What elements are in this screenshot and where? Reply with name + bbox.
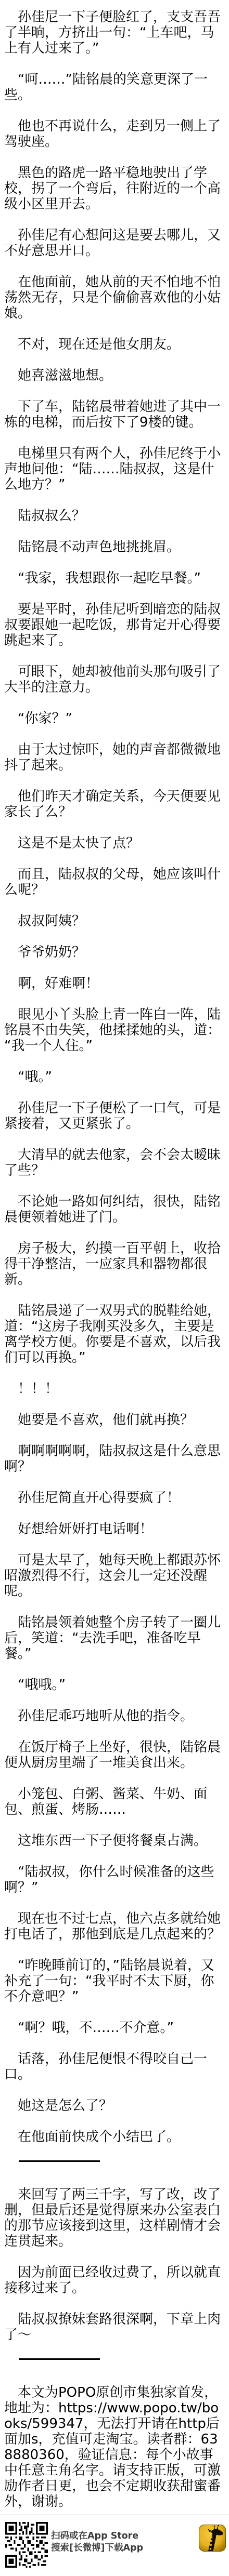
story-paragraph: 黑色的路虎一路平稳地驶出了学校，拐了一个弯后，往附近的一个高级小区里开去。 [4,165,225,212]
story-paragraph: 陆叔叔么？ [4,508,225,524]
author-note-paragraph: 因为前面已经收过费了，所以就直接移过来了。 [4,2265,225,2296]
app-promo-footer[interactable]: 扫码或在App Store 搜索[长微博]下载App [0,2515,229,2576]
author-note-paragraph: 陆叔叔撩妹套路很深啊，下章上肉了～ [4,2312,225,2343]
story-paragraph: “哦哦。” [4,1677,225,1693]
app-download-text: 扫码或在App Store 搜索[长微博]下载App [51,2530,143,2554]
story-paragraph: 孙佳尼有心想问这是要去哪儿，又不好意思开口。 [4,228,225,259]
story-paragraph: 现在也不过七点，他六点多就给她打电话了，那他到底是几点起来的？ [4,1911,225,1942]
story-paragraph: “哦。” [4,1069,225,1085]
story-paragraph: 不论她一路如何纠结，很快，陆铭晨便领着她进了门。 [4,1194,225,1225]
story-paragraph: 话落，孙佳尼便恨不得咬自己一口。 [4,2051,225,2082]
story-paragraph: 爷爷奶奶？ [4,945,225,960]
story-paragraph: 这堆东西一下子便将餐桌占满。 [4,1833,225,1849]
author-note-paragraph: 来回写了两三千字，写了改，改了删，但最后还是觉得原来办公室表白的那节应该接到这里… [4,2187,225,2249]
story-paragraph: 可眼下，她却被他前头那句吸引了大半的注意力。 [4,664,225,695]
story-paragraph: “陆叔叔，你什么时候准备的这些啊？” [4,1864,225,1895]
giraffe-app-icon [199,2524,226,2552]
app-download-line1: 扫码或在App Store [51,2530,143,2542]
story-paragraph: 她要是不喜欢，他们就再换？ [4,1412,225,1428]
publisher-note: 本文为POPO原创市集独家首发，地址为：https://www.popo.tw/… [4,2385,225,2509]
story-paragraph: 她这是怎么了？ [4,2098,225,2114]
story-paragraph: 可是太早了，她每天晚上都跟苏怀昭激烈得不行，这会儿一定还没醒呢。 [4,1552,225,1599]
story-paragraph: 眼见小丫头脸上青一阵白一阵，陆铭晨不由失笑，他揉揉她的头，道：“我一个人住。” [4,1007,225,1054]
story-paragraph: 他也不再说什么，走到另一侧上了驾驶座。 [4,118,225,150]
story-paragraph: 小笼包、白粥、酱菜、牛奶、面包、煎蛋、烤肠…… [4,1786,225,1817]
story-paragraph: “昨晚睡前订的，”陆铭晨说着，又补充了一句：“我平时不太下厨，你不介意吧？” [4,1958,225,2004]
story-paragraph: “你家？” [4,711,225,726]
story-paragraph: 陆铭晨领着她整个房子转了一圈儿后，笑道：“去洗手吧，准备吃早餐。” [4,1615,225,1662]
story-paragraph: 孙佳尼一下子便脸红了，支支吾吾了半晌，方挤出一句：“上车吧，马上有人过来了。” [4,9,225,56]
author-note-divider [19,2160,100,2162]
story-paragraph: 在他面前，她从前的天不怕地不怕荡然无存，只是个偷偷喜欢他的小姑娘。 [4,274,225,321]
author-note: 来回写了两三千字，写了改，改了删，但最后还是觉得原来办公室表白的那节应该接到这里… [4,2187,225,2343]
story-paragraph: 她喜滋滋地想。 [4,368,225,383]
story-paragraph: 大清早的就去他家，会不会太暧昧了些？ [4,1147,225,1178]
novel-reader-page: 孙佳尼一下子便脸红了，支支吾吾了半晌，方挤出一句：“上车吧，马上有人过来了。”“… [0,0,229,2576]
story-paragraph: 不对，现在还是他女朋友。 [4,337,225,352]
story-paragraph: ！！！ [4,1381,225,1397]
chapter-content: 孙佳尼一下子便脸红了，支支吾吾了半晌，方挤出一句：“上车吧，马上有人过来了。”“… [0,0,229,2509]
story-paragraph: 在他面前快成个小结巴了。 [4,2129,225,2145]
publisher-note-divider [19,2358,100,2360]
story-paragraph: 由于太过惊吓，她的声音都微微地抖了起来。 [4,742,225,773]
story-paragraph: 陆铭晨不动声色地挑挑眉。 [4,539,225,555]
story-paragraph: 孙佳尼一下子便松了一口气，可是紧接着，又更紧张了。 [4,1100,225,1132]
story-paragraph: “啊？哦，不……不介意。” [4,2020,225,2036]
story-paragraph: 在饭厅椅子上坐好，很快，陆铭晨便从厨房里端了一堆美食出来。 [4,1740,225,1771]
story-paragraph: 他们昨天才确定关系，今天便要见家长了么？ [4,789,225,820]
story-paragraph: 孙佳尼乖巧地听从他的指令。 [4,1708,225,1724]
story-paragraph: 孙佳尼简直开心得要疯了！ [4,1490,225,1506]
app-download-line2: 搜索[长微博]下载App [51,2542,143,2554]
publisher-note-text: 本文为POPO原创市集独家首发，地址为：https://www.popo.tw/… [4,2385,225,2509]
story-paragraph: 这是不是太快了点？ [4,835,225,851]
story-paragraph: 而且，陆叔叔的父母，她应该叫什么呢？ [4,867,225,898]
story-paragraph: 要是平时，孙佳尼听到暗恋的陆叔叔要跟她一起吃饭，那肯定开心得要跳起来了。 [4,602,225,648]
story-paragraph: 下了车，陆铭晨带着她进了其中一栋的电梯，而后按下了9楼的键。 [4,399,225,430]
story-paragraph: 电梯里只有两个人，孙佳尼终于小声地问他：“陆……陆叔叔，这是什么地方？” [4,446,225,493]
story-paragraph: 啊，好难啊！ [4,976,225,991]
story-paragraph: 房子极大，约摸一百平朝上，收拾得干净整洁，一应家具和器物都很新。 [4,1241,225,1287]
story-paragraph: 好想给妍妍打电话啊！ [4,1521,225,1537]
story-paragraph: 啊啊啊啊啊，陆叔叔这是什么意思啊？ [4,1443,225,1475]
chapter-body: 孙佳尼一下子便脸红了，支支吾吾了半晌，方挤出一句：“上车吧，马上有人过来了。”“… [4,9,225,2145]
story-paragraph: 叔叔阿姨？ [4,913,225,929]
story-paragraph: 陆铭晨递了一双男式的脱鞋给她，道：“这房子我刚买没多久，主要是离学校方便。你要是… [4,1303,225,1365]
story-paragraph: “呵……”陆铭晨的笑意更深了一些。 [4,72,225,103]
story-paragraph: “我家，我想跟你一起吃早餐。” [4,570,225,586]
qr-code-icon [5,2522,48,2568]
